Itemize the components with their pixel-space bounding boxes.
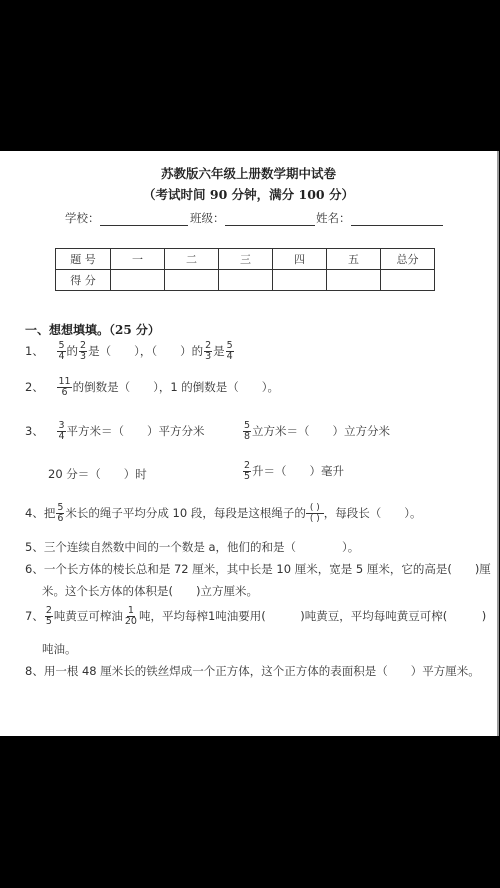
header-cell: 四 xyxy=(273,249,327,270)
score-cell xyxy=(381,270,435,291)
fraction: 34 xyxy=(57,421,65,442)
fraction: 56 xyxy=(56,503,64,524)
score-cell xyxy=(165,270,219,291)
question-number: 3、 xyxy=(25,424,44,438)
fraction: 25 xyxy=(45,606,53,627)
blank-fraction: ( )( ) xyxy=(306,503,324,524)
exam-subtitle: （考试时间 90 分钟，满分 100 分） xyxy=(0,185,497,203)
fraction: 23 xyxy=(79,341,87,362)
name-blank xyxy=(351,213,443,226)
score-table: 题 号 一 二 三 四 五 总分 得 分 xyxy=(55,248,435,291)
header-cell: 一 xyxy=(111,249,165,270)
question-2: 2、 116的倒数是（ ），1 的倒数是（ ）。 xyxy=(25,377,279,398)
school-label: 学校： xyxy=(65,211,100,225)
question-7: 7、25吨黄豆可榨油120吨，平均每榨1吨油要用( )吨黄豆，平均每吨黄豆可榨(… xyxy=(25,606,486,627)
question-3b: 58立方米＝（ ）立方分米 xyxy=(242,421,390,442)
fraction: 54 xyxy=(226,341,234,362)
fraction: 58 xyxy=(243,421,251,442)
header-cell: 题 号 xyxy=(56,249,111,270)
school-blank xyxy=(100,213,188,226)
question-number: 7、 xyxy=(25,609,44,623)
score-table-header-row: 题 号 一 二 三 四 五 总分 xyxy=(56,249,435,270)
question-number: 1、 xyxy=(25,344,44,358)
score-cell xyxy=(111,270,165,291)
score-cell xyxy=(219,270,273,291)
score-table-score-row: 得 分 xyxy=(56,270,435,291)
exam-title: 苏教版六年级上册数学期中试卷 xyxy=(0,164,497,182)
class-field: 班级： xyxy=(190,210,315,226)
score-cell xyxy=(273,270,327,291)
question-4: 4、把56米长的绳子平均分成 10 段，每段是这根绳子的( )( )，每段长（ … xyxy=(25,503,421,524)
name-label: 姓名： xyxy=(316,211,351,225)
question-number: 2、 xyxy=(25,380,44,394)
question-number: 4、 xyxy=(25,506,44,520)
fraction: 120 xyxy=(124,606,138,627)
row-label-cell: 得 分 xyxy=(56,270,111,291)
name-field: 姓名： xyxy=(316,210,443,226)
class-label: 班级： xyxy=(190,211,225,225)
score-cell xyxy=(327,270,381,291)
question-6-line-1: 6、一个长方体的棱长总和是 72 厘米，其中长是 10 厘米，宽是 5 厘米，它… xyxy=(25,561,491,577)
school-field: 学校： xyxy=(65,210,188,226)
exam-page: 苏教版六年级上册数学期中试卷 （考试时间 90 分钟，满分 100 分） 学校：… xyxy=(0,151,499,736)
header-cell: 总分 xyxy=(381,249,435,270)
class-blank xyxy=(225,213,315,226)
fraction: 25 xyxy=(243,461,251,482)
fraction: 54 xyxy=(57,341,65,362)
question-7-line-2: 吨油。 xyxy=(42,641,77,657)
question-8: 8、用一根 48 厘米长的铁丝焊成一个正方体，这个正方体的表面积是（ ）平方厘米… xyxy=(25,663,480,679)
fraction: 23 xyxy=(204,341,212,362)
question-6-line-2: 米。这个长方体的体积是( )立方厘米。 xyxy=(42,583,258,599)
header-cell: 五 xyxy=(327,249,381,270)
question-5: 5、三个连续自然数中间的一个数是 a，他们的和是（ ）。 xyxy=(25,539,359,555)
header-cell: 三 xyxy=(219,249,273,270)
question-3c: 20 分＝（ ）时 xyxy=(48,466,147,482)
fraction: 116 xyxy=(57,377,71,398)
header-cell: 二 xyxy=(165,249,219,270)
question-3a: 3、 34平方米＝（ ）平方分米 xyxy=(25,421,205,442)
question-3d: 25升＝（ ）毫升 xyxy=(242,461,344,482)
question-1: 1、 54的23是（ ），（ ）的23是54 xyxy=(25,341,235,362)
section-heading: 一、想想填填。（25 分） xyxy=(25,321,160,338)
